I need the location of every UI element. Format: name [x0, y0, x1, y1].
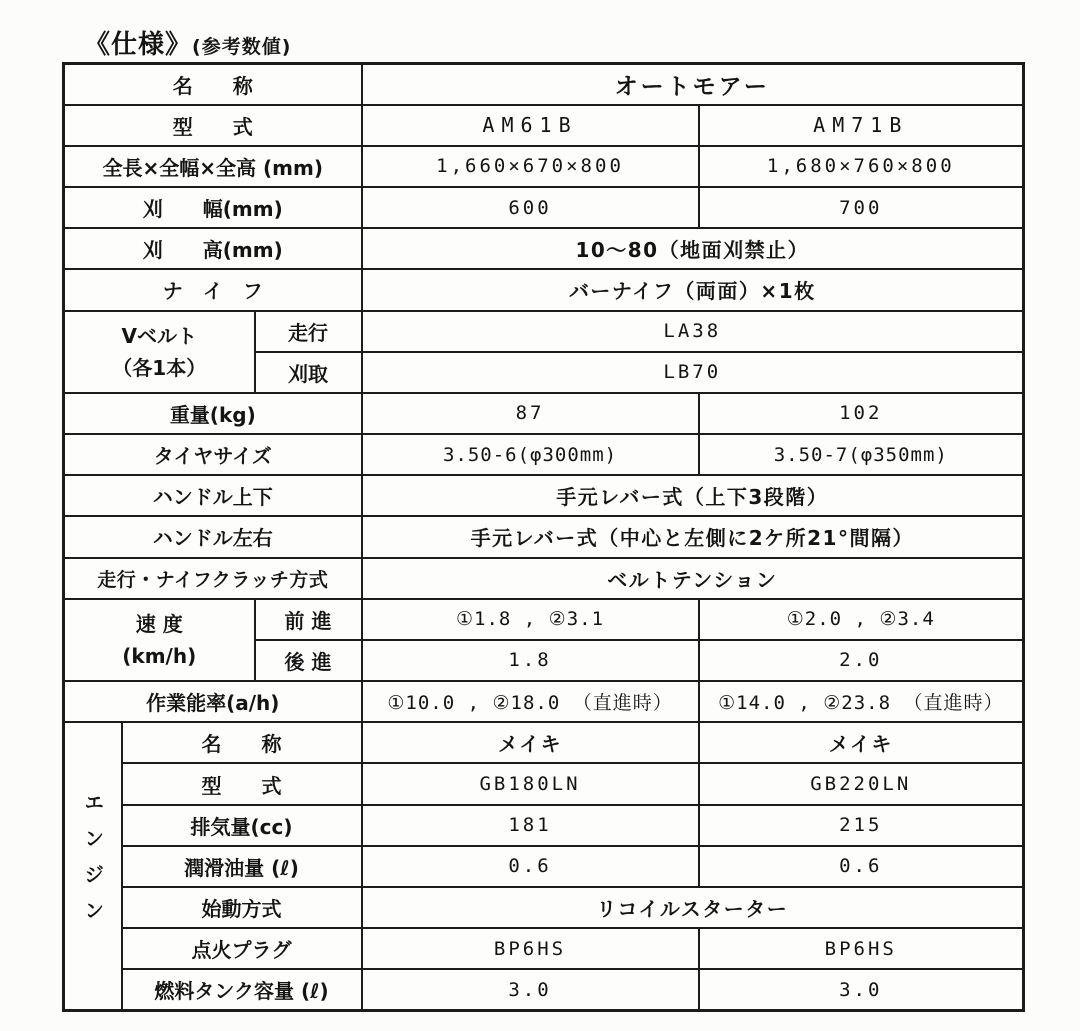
speed-reverse-label: 後 進: [255, 640, 362, 681]
row-engine-fuel-tank: 燃料タンク容量 (ℓ) 3.0 3.0: [64, 969, 1024, 1010]
row-tire-size: タイヤサイズ 3.50-6(φ300mm) 3.50-7(φ350mm): [64, 434, 1024, 475]
engine-fuel-tank-value-am71b: 3.0: [699, 969, 1024, 1010]
cutting-width-value-am71b: 700: [699, 187, 1024, 228]
row-cutting-height: 刈 高(mm) 10〜80（地面刈禁止）: [64, 228, 1024, 269]
handle-vertical-value: 手元レバー式（上下3段階）: [362, 475, 1024, 516]
row-handle-vertical: ハンドル上下 手元レバー式（上下3段階）: [64, 475, 1024, 516]
row-work-rate: 作業能率(a/h) ①10.0 , ②18.0 （直進時） ①14.0 , ②2…: [64, 681, 1024, 722]
speed-label-line1: 速 度: [69, 608, 250, 640]
engine-lubricant-value-am61b: 0.6: [362, 846, 699, 887]
speed-label-line2: (km/h): [69, 640, 250, 672]
vbelt-mow-value: LB70: [362, 352, 1024, 393]
tire-size-value-am61b: 3.50-6(φ300mm): [362, 434, 699, 475]
row-engine-starting: 始動方式 リコイルスターター: [64, 887, 1024, 928]
clutch-label: 走行・ナイフクラッチ方式: [64, 558, 362, 599]
dimensions-label: 全長×全幅×全高 (mm): [64, 146, 362, 187]
speed-reverse-value-am61b: 1.8: [362, 640, 699, 681]
work-rate-value-am71b: ①14.0 , ②23.8 （直進時）: [699, 681, 1024, 722]
model-value-am61b: AM61B: [362, 105, 699, 146]
model-value-am71b: AM71B: [699, 105, 1024, 146]
engine-model-value-am61b: GB180LN: [362, 763, 699, 804]
row-model: 型 式 AM61B AM71B: [64, 105, 1024, 146]
row-product-name: 名 称 オートモアー: [64, 64, 1024, 105]
work-rate-value-am61b: ①10.0 , ②18.0 （直進時）: [362, 681, 699, 722]
row-engine-lubricant: 潤滑油量 (ℓ) 0.6 0.6: [64, 846, 1024, 887]
vbelt-travel-label: 走行: [255, 311, 362, 352]
vbelt-travel-value: LA38: [362, 311, 1024, 352]
speed-reverse-value-am71b: 2.0: [699, 640, 1024, 681]
row-engine-name: エンジン 名 称 メイキ メイキ: [64, 722, 1024, 763]
vbelt-label: Vベルト （各1本）: [64, 311, 255, 393]
engine-lubricant-label: 潤滑油量 (ℓ): [122, 846, 362, 887]
vbelt-label-line2: （各1本）: [69, 352, 250, 384]
row-engine-model: 型 式 GB180LN GB220LN: [64, 763, 1024, 804]
clutch-value: ベルトテンション: [362, 558, 1024, 599]
speed-forward-value-am61b: ①1.8 , ②3.1: [362, 599, 699, 640]
engine-lubricant-value-am71b: 0.6: [699, 846, 1024, 887]
cutting-height-value: 10〜80（地面刈禁止）: [362, 228, 1024, 269]
row-handle-horizontal: ハンドル左右 手元レバー式（中心と左側に2ケ所21°間隔）: [64, 516, 1024, 557]
product-name-value: オートモアー: [362, 64, 1024, 105]
engine-spark-plug-value-am71b: BP6HS: [699, 928, 1024, 969]
engine-starting-label: 始動方式: [122, 887, 362, 928]
engine-fuel-tank-value-am61b: 3.0: [362, 969, 699, 1010]
row-cutting-width: 刈 幅(mm) 600 700: [64, 187, 1024, 228]
row-vbelt-travel: Vベルト （各1本） 走行 LA38: [64, 311, 1024, 352]
dimensions-value-am71b: 1,680×760×800: [699, 146, 1024, 187]
engine-model-label: 型 式: [122, 763, 362, 804]
product-name-label: 名 称: [64, 64, 362, 105]
vbelt-label-line1: Vベルト: [69, 320, 250, 352]
spec-table: 名 称 オートモアー 型 式 AM61B AM71B 全長×全幅×全高 (mm)…: [62, 62, 1025, 1012]
cutting-width-value-am61b: 600: [362, 187, 699, 228]
engine-model-value-am71b: GB220LN: [699, 763, 1024, 804]
handle-horizontal-value: 手元レバー式（中心と左側に2ケ所21°間隔）: [362, 516, 1024, 557]
weight-label: 重量(kg): [64, 393, 362, 434]
spec-sheet-page: 《仕様》(参考数値) 名 称 オートモアー 型 式 AM61B AM71B 全長…: [0, 0, 1080, 1031]
weight-value-am71b: 102: [699, 393, 1024, 434]
model-label: 型 式: [64, 105, 362, 146]
title-note: (参考数値): [192, 36, 291, 58]
handle-horizontal-label: ハンドル左右: [64, 516, 362, 557]
engine-starting-value: リコイルスターター: [362, 887, 1024, 928]
cutting-width-label: 刈 幅(mm): [64, 187, 362, 228]
row-speed-forward: 速 度 (km/h) 前 進 ①1.8 , ②3.1 ①2.0 , ②3.4: [64, 599, 1024, 640]
speed-forward-value-am71b: ①2.0 , ②3.4: [699, 599, 1024, 640]
engine-displacement-label: 排気量(cc): [122, 805, 362, 846]
speed-label: 速 度 (km/h): [64, 599, 255, 681]
engine-group-label: エンジン: [83, 792, 103, 936]
work-rate-label: 作業能率(a/h): [64, 681, 362, 722]
engine-name-label: 名 称: [122, 722, 362, 763]
dimensions-value-am61b: 1,660×670×800: [362, 146, 699, 187]
engine-displacement-value-am61b: 181: [362, 805, 699, 846]
page-title: 《仕様》(参考数値): [84, 24, 291, 61]
title-main: 《仕様》: [84, 30, 192, 60]
vbelt-mow-label: 刈取: [255, 352, 362, 393]
row-weight: 重量(kg) 87 102: [64, 393, 1024, 434]
knife-label: ナ イ フ: [64, 269, 362, 310]
cutting-height-label: 刈 高(mm): [64, 228, 362, 269]
row-clutch: 走行・ナイフクラッチ方式 ベルトテンション: [64, 558, 1024, 599]
row-knife: ナ イ フ バーナイフ（両面）×1枚: [64, 269, 1024, 310]
row-engine-spark-plug: 点火プラグ BP6HS BP6HS: [64, 928, 1024, 969]
handle-vertical-label: ハンドル上下: [64, 475, 362, 516]
engine-fuel-tank-label: 燃料タンク容量 (ℓ): [122, 969, 362, 1010]
engine-name-value-am61b: メイキ: [362, 722, 699, 763]
knife-value: バーナイフ（両面）×1枚: [362, 269, 1024, 310]
engine-spark-plug-value-am61b: BP6HS: [362, 928, 699, 969]
row-engine-displacement: 排気量(cc) 181 215: [64, 805, 1024, 846]
speed-forward-label: 前 進: [255, 599, 362, 640]
row-dimensions: 全長×全幅×全高 (mm) 1,660×670×800 1,680×760×80…: [64, 146, 1024, 187]
engine-displacement-value-am71b: 215: [699, 805, 1024, 846]
tire-size-value-am71b: 3.50-7(φ350mm): [699, 434, 1024, 475]
tire-size-label: タイヤサイズ: [64, 434, 362, 475]
engine-name-value-am71b: メイキ: [699, 722, 1024, 763]
weight-value-am61b: 87: [362, 393, 699, 434]
engine-group-cell: エンジン: [64, 722, 122, 1010]
engine-spark-plug-label: 点火プラグ: [122, 928, 362, 969]
